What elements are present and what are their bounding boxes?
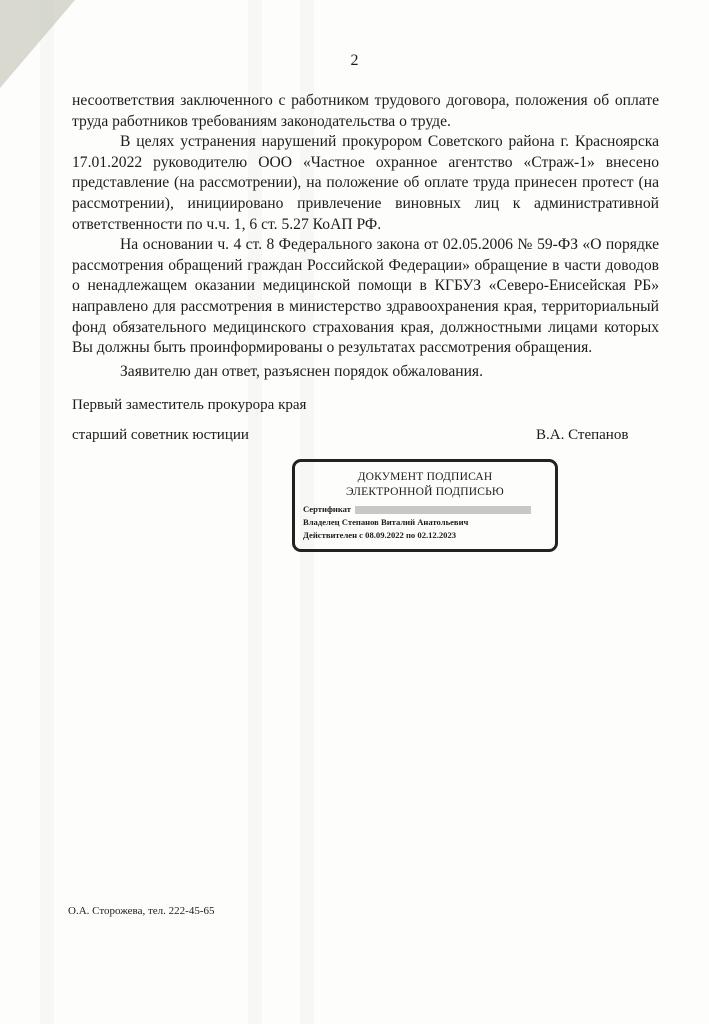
stamp-validity: Действителен с 08.09.2022 по 02.12.2023 (303, 529, 555, 542)
redacted-certificate (355, 506, 531, 514)
electronic-signature-stamp: ДОКУМЕНТ ПОДПИСАН ЭЛЕКТРОННОЙ ПОДПИСЬЮ С… (292, 459, 558, 552)
stamp-title: ДОКУМЕНТ ПОДПИСАН ЭЛЕКТРОННОЙ ПОДПИСЬЮ (295, 470, 555, 500)
document-body: несоответствия заключенного с работником… (72, 91, 659, 382)
executor-contact: О.А. Сторожева, тел. 222-45-65 (68, 905, 215, 917)
paragraph-continuation: несоответствия заключенного с работником… (72, 91, 659, 132)
signatory-name: В.А. Степанов (536, 427, 628, 444)
signatory-position: Первый заместитель прокурора края (72, 397, 306, 414)
stamp-certificate: Сертификат (303, 503, 555, 516)
folded-page-corner (0, 0, 75, 88)
page-number: 2 (0, 52, 709, 70)
paragraph-answer: Заявителю дан ответ, разъяснен порядок о… (72, 362, 659, 383)
signatory-rank: старший советник юстиции (72, 427, 249, 444)
paragraph-measures: В целях устранения нарушений прокурором … (72, 132, 659, 235)
paragraph-referral: На основании ч. 4 ст. 8 Федерального зак… (72, 235, 659, 359)
scan-streak (40, 0, 54, 1024)
stamp-owner: Владелец Степанов Виталий Анатольевич (303, 516, 555, 529)
